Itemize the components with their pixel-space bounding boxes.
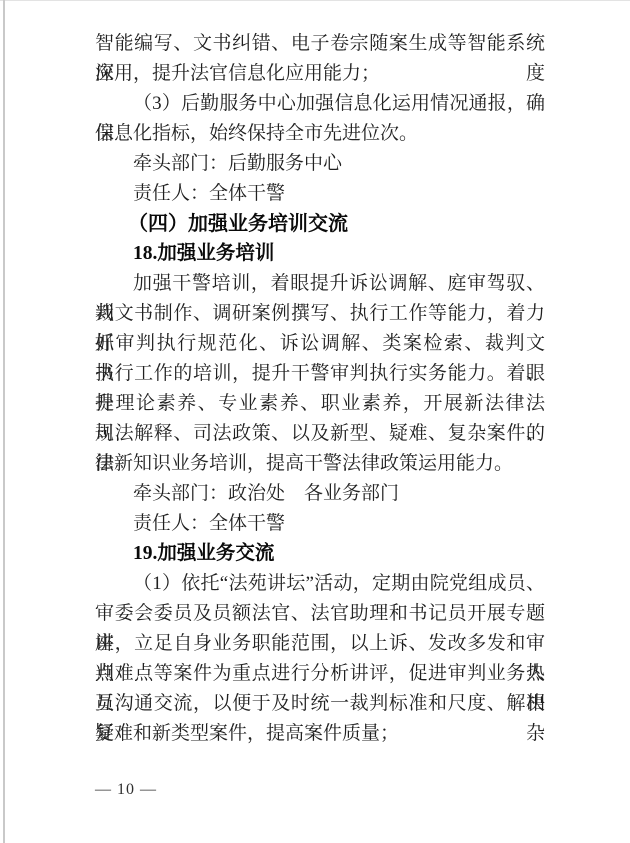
text-line: 牵头部门：后勤服务中心: [95, 149, 545, 179]
text-line: 好审判执行规范化、诉讼调解、类案检索、裁判文书、: [95, 329, 545, 359]
text-line: 升理论素养、专业素养、职业素养，开展新法律法规、: [95, 389, 545, 419]
text-line: 执行工作的培训，提升干警审判执行实务能力。着眼提: [95, 359, 545, 389]
text-line: 18.加强业务培训: [95, 239, 545, 269]
text-line: 点难点等案件为重点进行分析讲评，促进审判业务人员相: [95, 659, 545, 689]
page-top-edge: [0, 0, 630, 1]
text-line: 牵头部门：政治处 各业务部门: [95, 479, 545, 509]
text-line: （四）加强业务培训交流: [95, 209, 545, 239]
text-line: 座，立足自身业务职能范围，以上诉、发改多发和审判热: [95, 629, 545, 659]
text-line: （1）依托“法苑讲坛”活动，定期由院党组成员、: [95, 569, 545, 599]
document-body: 智能编写、文书纠错、电子卷宗随案生成等智能系统深度应用，提升法官信息化应用能力；…: [95, 29, 545, 749]
text-line: 互沟通交流，以便于及时统一裁判标准和尺度、解决复杂: [95, 689, 545, 719]
text-line: 审委会委员及员额法官、法官助理和书记员开展专题讲: [95, 599, 545, 629]
text-line: 律新知识业务培训，提高干警法律政策运用能力。: [95, 449, 545, 479]
footer-page-number: — 10 —: [95, 781, 157, 799]
document-page: 智能编写、文书纠错、电子卷宗随案生成等智能系统深度应用，提升法官信息化应用能力；…: [0, 0, 630, 843]
text-line: 加强干警培训，着眼提升诉讼调解、庭审驾驭、裁: [95, 269, 545, 299]
text-line: 判文书制作、调研案例撰写、执行工作等能力，着力抓: [95, 299, 545, 329]
text-line: 责任人：全体干警: [95, 509, 545, 539]
text-line: 责任人：全体干警: [95, 179, 545, 209]
text-line: 19.加强业务交流: [95, 539, 545, 569]
text-line: 司法解释、司法政策、以及新型、疑难、复杂案件的法: [95, 419, 545, 449]
text-line: 信息化指标，始终保持全市先进位次。: [95, 119, 545, 149]
text-line: （3）后勤服务中心加强信息化运用情况通报，确保: [95, 89, 545, 119]
page-left-edge: [3, 0, 5, 843]
text-line: 智能编写、文书纠错、电子卷宗随案生成等智能系统深度: [95, 29, 545, 59]
